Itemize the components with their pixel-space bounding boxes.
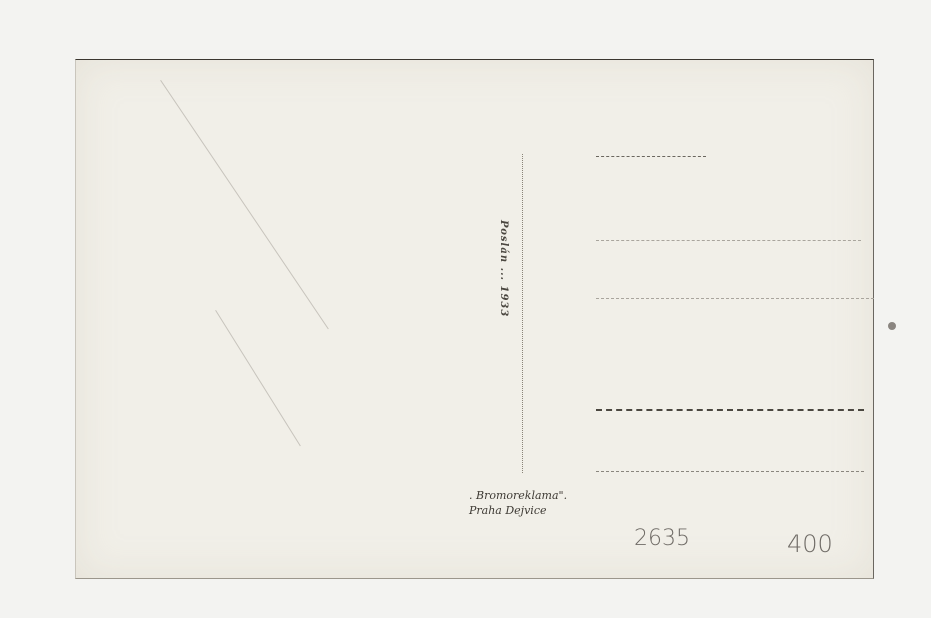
postcard-back: Poslán ... 1933 . Bromoreklama". Praha D… (75, 59, 874, 579)
scan-speck (888, 322, 896, 330)
scratch-mark (160, 80, 329, 329)
address-line-3 (596, 298, 874, 299)
address-line-1 (596, 156, 706, 157)
pencil-catalog-number: 2635 (634, 526, 690, 551)
scratch-mark (215, 310, 301, 446)
pencil-price: 400 (787, 530, 833, 558)
publisher-name: . Bromoreklama". (469, 488, 567, 503)
address-line-4 (596, 409, 864, 411)
center-divider (522, 154, 524, 473)
address-line-5 (596, 471, 864, 472)
vertical-imprint: Poslán ... 1933 (495, 220, 509, 420)
address-line-2 (596, 240, 861, 241)
publisher-location: Praha Dejvice (469, 503, 567, 518)
publisher-imprint: . Bromoreklama". Praha Dejvice (469, 488, 567, 518)
